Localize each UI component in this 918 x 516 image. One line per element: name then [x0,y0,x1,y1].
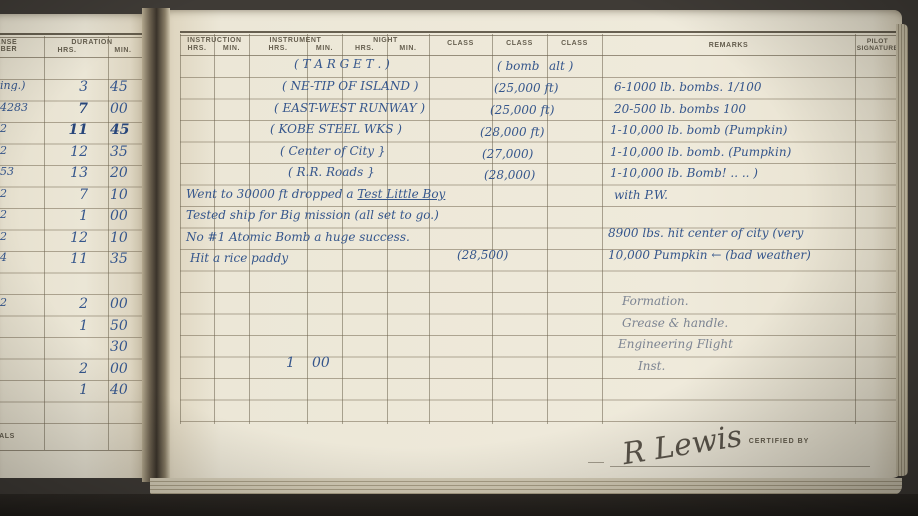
minutes-cell: 00 [110,297,140,311]
remark-entry: 6-1000 lb. bombs. 1/100 [614,81,762,93]
rule [0,33,142,35]
page-edges-right [896,24,908,476]
target-entry: ( Center of City } [280,145,386,157]
right-page: INSTRUCTION HRS. MIN. INSTRUMENT HRS. MI… [170,10,902,478]
target-column-note: ( T A R G E T . ) [294,58,390,70]
hours-cell: 1 [46,209,88,223]
remark-entry: 8900 lbs. hit center of city (very [608,227,803,239]
totals-label: TOTALS [0,433,30,440]
remark-entry: 10,000 Pumpkin ← (bad weather) [608,249,811,261]
minutes-cell: 45 [110,80,140,94]
signature-line [610,466,870,467]
minutes-cell: 30 [110,340,140,354]
duration-hrs-label: HRS. [46,47,88,54]
instrument-minutes-cell: 00 [312,356,330,370]
instrument-min-label: MIN. [307,45,342,52]
duration-row: 53 13 20 [0,166,142,182]
hours-cell: 12 [46,231,88,245]
instrument-hrs-label: HRS. [249,45,307,52]
altitude-entry: (27,000) [482,148,533,160]
minutes-cell: 20 [110,166,140,180]
duration-row: 1 50 [0,319,142,335]
column-rule [249,34,250,424]
minutes-cell: 00 [110,102,140,116]
hours-cell: 11 [46,252,88,266]
instruction-min-label: MIN. [214,45,249,52]
remark-entry: Inst. [638,360,665,372]
note-entry: Tested ship for Big mission (all set to … [186,209,439,221]
night-hrs-label: HRS. [342,45,387,52]
hours-cell: 11 [46,123,88,137]
duration-row: 4 11 35 [0,252,142,268]
target-entry: ( KOBE STEEL WKS ) [270,123,402,135]
remark-entry: 1-10,000 lb. bomb (Pumpkin) [610,124,788,136]
column-rule [429,34,430,424]
license-cell: 2 [0,188,38,199]
duration-header: DURATION [46,39,138,46]
license-cell: 2 [0,297,38,308]
duration-row: ing.) 3 45 [0,80,142,96]
remark-entry: 1-10,000 lb. Bomb! .. .. ) [610,167,758,179]
book-gutter [142,8,170,482]
bomb-note: ( bomb [497,60,539,72]
rule [0,37,142,38]
remark-entry: Grease & handle. [622,317,728,329]
remark-entry: with P.W. [614,189,668,201]
logbook-photo: LICENSE NUMBER DURATION HRS. MIN. TOTALS… [0,0,918,516]
remark-entry: Formation. [622,295,689,307]
target-entry: ( EAST-WEST RUNWAY ) [274,102,425,114]
column-rule [602,34,603,424]
minutes-cell: 50 [110,319,140,333]
license-cell: 4 [0,252,38,263]
altitude-entry: (28,000 ft) [480,126,544,138]
pilot-signature: R Lewis [620,419,744,472]
duration-row: 2 12 10 [0,231,142,247]
duration-row: 2 00 [0,362,142,378]
instrument-header: INSTRUMENT [249,37,342,44]
note-entry: No #1 Atomic Bomb a huge success. [186,231,410,243]
altitude-entry: (25,000 ft) [490,104,554,116]
column-rule [180,34,181,424]
minutes-cell: 00 [110,362,140,376]
rule [0,450,142,451]
column-rule [492,34,493,424]
remark-entry: Engineering Flight [618,338,733,350]
class3-header: CLASS [547,40,602,47]
night-header: NIGHT [342,37,429,44]
license-cell: 2 [0,231,38,242]
signature-label: SIGNATURE [857,45,898,52]
target-entry: ( NE-TIP OF ISLAND ) [282,80,418,92]
class1-header: CLASS [429,40,492,47]
night-min-label: MIN. [387,45,429,52]
hours-cell: 13 [46,166,88,180]
remark-entry: 20-500 lb. bombs 100 [614,103,746,115]
altitude-entry: (25,000 ft) [494,82,558,94]
license-number-header: LICENSE NUMBER [0,39,36,53]
pilot-label: PILOT [867,38,888,45]
alt-note: alt ) [549,60,573,72]
number-label: NUMBER [0,46,17,53]
license-cell: 2 [0,123,38,134]
license-cell: 2 [0,145,38,156]
minutes-cell: 40 [110,383,140,397]
signature-line [588,462,604,463]
altitude-entry: (28,000) [484,169,535,181]
left-page: LICENSE NUMBER DURATION HRS. MIN. TOTALS… [0,14,142,478]
pilot-signature-header: PILOT SIGNATURE [855,38,900,52]
hours-cell: 1 [46,383,88,397]
minutes-cell: 35 [110,145,140,159]
hours-cell: 1 [46,319,88,333]
license-cell: ing.) [0,80,38,91]
duration-row: 2 2 00 [0,297,142,313]
column-rule [214,34,215,424]
note-entry: Hit a rice paddy [190,252,288,264]
remarks-header: REMARKS [602,42,855,49]
instruction-hrs-label: HRS. [180,45,214,52]
duration-min-label: MIN. [106,47,140,54]
note-text: Went to 30000 ft dropped a [186,187,357,201]
class2-header: CLASS [492,40,547,47]
minutes-cell: 10 [110,231,140,245]
minutes-cell: 00 [110,209,140,223]
altitude-entry: (28,500) [457,249,508,261]
certified-by-label: CERTIFIED BY [734,438,824,445]
license-cell: 53 [0,166,38,177]
page-edges-bottom [150,478,902,495]
rule [180,55,902,56]
instruction-header: INSTRUCTION [180,37,249,44]
license-cell: 4283 [0,102,38,113]
minutes-cell: 45 [110,123,140,137]
note-entry: Went to 30000 ft dropped a Test Little B… [186,188,445,200]
hours-cell: 12 [46,145,88,159]
hours-cell: 2 [46,297,88,311]
instrument-hours-cell: 1 [286,356,295,370]
book-cover-bottom [0,494,918,516]
hours-cell: 7 [46,102,88,116]
target-entry: ( R.R. Roads } [288,166,375,178]
duration-row: 30 [0,340,142,356]
duration-row: 2 7 10 [0,188,142,204]
minutes-cell: 35 [110,252,140,266]
rule [180,35,902,36]
duration-row: 2 1 00 [0,209,142,225]
hours-cell: 7 [46,188,88,202]
remark-entry: 1-10,000 lb. bomb. (Pumpkin) [610,146,791,158]
license-cell: 2 [0,209,38,220]
duration-row: 2 11 45 [0,123,142,139]
duration-row: 1 40 [0,383,142,399]
column-rule [855,34,856,424]
hours-cell: 2 [46,362,88,376]
minutes-cell: 10 [110,188,140,202]
note-underlined-text: Test Little Boy [357,187,445,201]
rule [0,57,142,58]
duration-row: 2 12 35 [0,145,142,161]
rule [180,31,902,33]
hours-cell: 3 [46,80,88,94]
license-label: LICENSE [0,39,17,46]
duration-row: 4283 7 00 [0,102,142,118]
